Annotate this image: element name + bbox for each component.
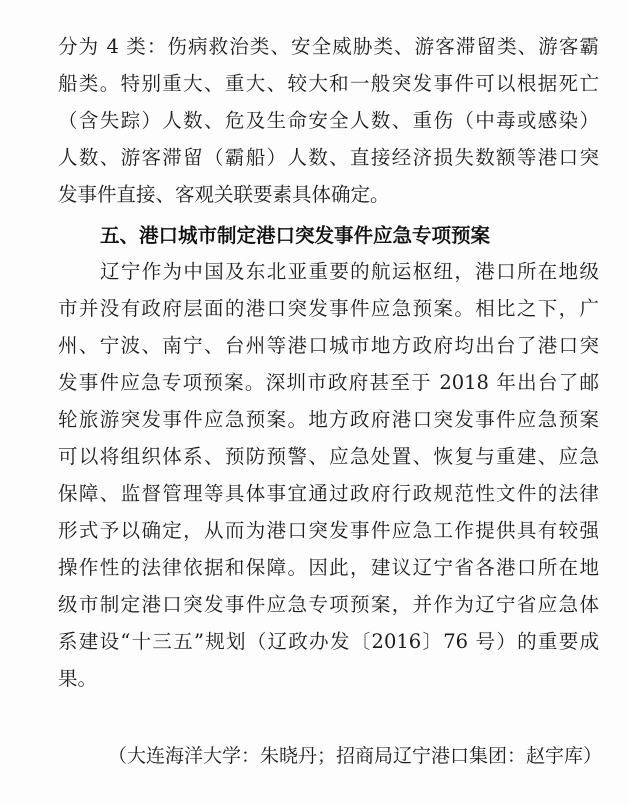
text-line: 发事件应急专项预案。深圳市政府甚至于 2018 年出台了邮: [58, 371, 599, 395]
text-line: 发事件直接、客观关联要素具体确定。: [58, 183, 599, 207]
author-signature: （大连海洋大学：朱晓丹；招商局辽宁港口集团：赵宇库）: [108, 744, 599, 768]
text-line: 级市制定港口突发事件应急专项预案，并作为辽宁省应急体: [58, 593, 599, 617]
text-line: 系建设“十三五”规划（辽政办发〔2016〕76 号）的重要成: [58, 630, 599, 654]
text-line: 人数、游客滞留（霸船）人数、直接经济损失数额等港口突: [58, 146, 599, 170]
text-line: 轮旅游突发事件应急预案。地方政府港口突发事件应急预案: [58, 408, 599, 432]
text-line: 船类。特别重大、重大、较大和一般突发事件可以根据死亡: [58, 72, 599, 96]
text-line: 分为 4 类：伤病救治类、安全威胁类、游客滞留类、游客霸: [58, 35, 599, 59]
text-line: （含失踪）人数、危及生命安全人数、重伤（中毒或感染）: [58, 109, 599, 133]
text-line: 可以将组织体系、预防预警、应急处置、恢复与重建、应急: [58, 445, 599, 469]
text-line: 市并没有政府层面的港口突发事件应急预案。相比之下，广: [58, 297, 599, 321]
text-line: 形式予以确定，从而为港口突发事件应急工作提供具有较强: [58, 519, 599, 543]
text-line: 辽宁作为中国及东北亚重要的航运枢纽，港口所在地级: [100, 260, 599, 284]
text-line: 操作性的法律依据和保障。因此，建议辽宁省各港口所在地: [58, 556, 599, 580]
text-line: 果。: [58, 667, 599, 691]
text-line: 保障、监督管理等具体事宜通过政府行政规范性文件的法律: [58, 482, 599, 506]
section-heading: 五、港口城市制定港口突发事件应急专项预案: [100, 224, 490, 248]
text-line: 州、宁波、南宁、台州等港口城市地方政府均出台了港口突: [58, 334, 599, 358]
